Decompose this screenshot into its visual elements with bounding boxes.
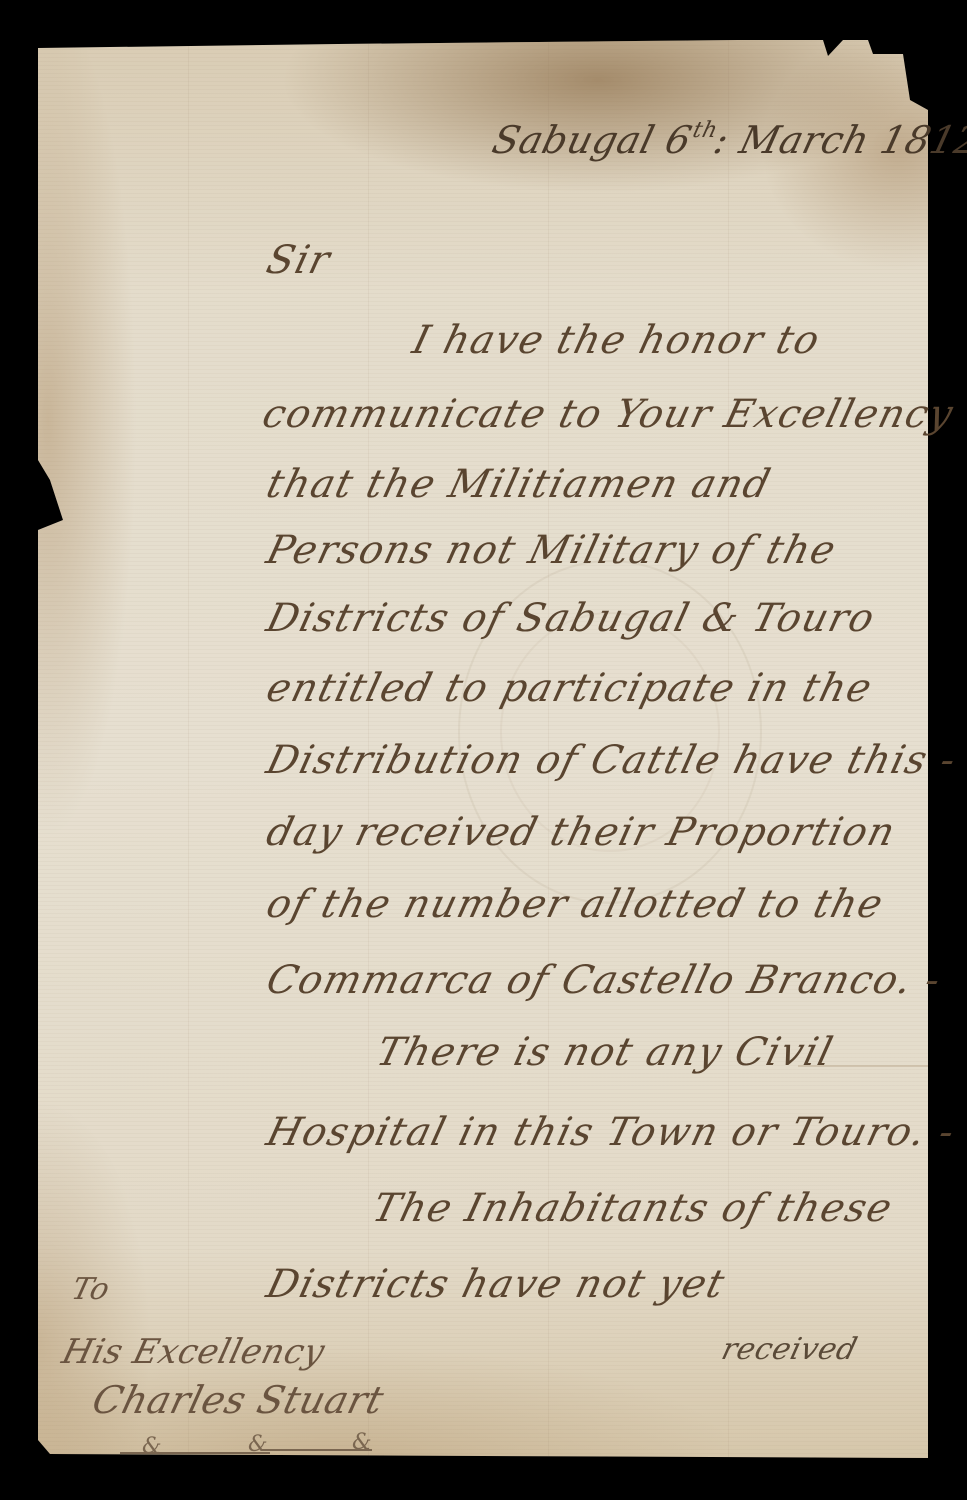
body-line: Persons not Military of the bbox=[262, 528, 841, 573]
body-line: entitled to participate in the bbox=[262, 666, 877, 711]
body-line: Districts of Sabugal & Touro bbox=[262, 596, 880, 641]
body-line: I have the honor to bbox=[408, 318, 825, 363]
dateline-place: Sabugal bbox=[488, 118, 659, 162]
catchword: received bbox=[718, 1332, 861, 1367]
body-line: that the Militiamen and bbox=[262, 462, 776, 507]
body-line: communicate to Your Excellency bbox=[258, 392, 958, 437]
body-line: The Inhabitants of these bbox=[368, 1186, 898, 1231]
dateline: Sabugal 6th: March 1812. bbox=[488, 118, 967, 162]
address-name: Charles Stuart bbox=[88, 1378, 388, 1422]
body-line: There is not any Civil bbox=[372, 1030, 838, 1075]
body-line: Commarca of Castello Branco. - bbox=[262, 958, 946, 1003]
body-line: day received their Proportion bbox=[262, 810, 901, 855]
body-line: Districts have not yet bbox=[262, 1262, 730, 1307]
flourish-mark: & bbox=[352, 1430, 372, 1455]
flourish-line bbox=[262, 1449, 372, 1451]
salutation: Sir bbox=[262, 238, 336, 283]
body-line: of the number allotted to the bbox=[262, 882, 888, 927]
address-title: His Excellency bbox=[58, 1332, 329, 1372]
paper-chain-line bbox=[188, 40, 189, 1458]
flourish-mark: & bbox=[248, 1432, 268, 1457]
body-line: Distribution of Cattle have this - bbox=[262, 738, 961, 783]
dateline-month-year: : March 1812. bbox=[709, 118, 967, 162]
flourish-mark: & bbox=[142, 1434, 162, 1459]
body-line: Hospital in this Town or Touro. - bbox=[262, 1110, 960, 1155]
